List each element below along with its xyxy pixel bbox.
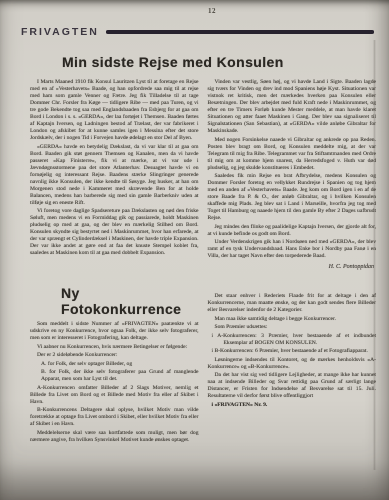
article2-title: Ny Fotokonkurrence [61,285,199,317]
paragraph: Med nogen Forsinkelse naaede vi Gibralta… [208,137,377,172]
article2-columns: Ny Fotokonkurrence Som meddelt i sidste … [30,276,376,445]
paragraph: Løsningerne indsendes til Kontoret, og d… [208,357,377,371]
article1-right-column: Vinden var vestlig, Søen høj, og vi havd… [208,79,377,271]
list-item-a: A. for Folk, der selv optager Billeder, … [41,361,199,368]
article1-left-column: I Marts Maaned 1910 fik Konsul Lauritzen… [30,79,199,271]
page-number: 12 [208,7,216,15]
paragraph: Vi foretog vore daglige Spadsereture paa… [30,208,199,257]
masthead-title: FRIVAGTEN [21,26,99,38]
paragraph: Vi aabner nu Konkurrencen, hvis nærmere … [30,344,199,351]
paragraph: Man maa ikke samtidig deltage i begge Ko… [208,316,377,323]
masthead-rule [106,30,374,34]
page-content: Min sidste Rejse med Konsulen I Marts Ma… [30,46,376,445]
paragraph: Som meddelt i sidste Nummer af «FRIVAGTE… [30,321,199,342]
article1-title: Min sidste Rejse med Konsulen [62,54,376,70]
paragraph: A-Konkurrencen omfatter Billeder af 2 Sl… [30,385,199,406]
masthead: FRIVAGTEN [21,26,374,38]
list-item-b: B. for Folk, der ikke selv fotograferer … [41,369,199,383]
author-signature: H. C. Pontoppidan [208,264,375,271]
paragraph: Jeg mindes den flinke og paalidelige Kap… [208,224,377,238]
article2-left-column: Ny Fotokonkurrence Som meddelt i sidste … [30,276,199,445]
article2-right-column: Det staar enhver i Rederiets Flaade frit… [208,276,377,445]
article-min-sidste-rejse: Min sidste Rejse med Konsulen I Marts Ma… [30,54,376,271]
article-ny-fotokonkurrence: Ny Fotokonkurrence Som meddelt i sidste … [30,276,376,445]
paragraph: B-Konkurrencens Deltagere skal oplyse, h… [30,407,199,428]
article1-columns: I Marts Maaned 1910 fik Konsul Lauritzen… [30,79,376,271]
paragraph: Da det har vist sig ved tidligere Lejlig… [208,372,377,400]
paragraph: I Marts Maaned 1910 fik Konsul Lauritzen… [30,79,199,142]
paragraph: Vinden var vestlig, Søen høj, og vi havd… [208,79,377,135]
paragraph: Som Præmier udsættes: [208,324,377,331]
paragraph: «GERDA» havde en betydelig Dækslast, da … [30,144,199,207]
prize-item-b: i B-Konkurrencen: 6 Præmier, hver bestaa… [208,348,377,355]
paragraph: Det staar enhver i Rederiets Flaade frit… [208,293,377,314]
paragraph: Under Verdenskrigen gik han i Nordsøen n… [208,239,377,260]
paragraph: Der er 2 sideløbende Konkurrencer: [30,352,199,359]
paragraph: Meddelelserne skal være saa kortfattede … [30,430,199,444]
issue-reference-line: i «FRIVAGTEN» Nr. 9. [208,402,377,409]
paragraph: Saaledes fik min Rejse en brat Afbrydels… [208,173,377,222]
scanned-page: 12 FRIVAGTEN Min sidste Rejse med Konsul… [0,0,389,500]
prize-item-a: i A-Konkurrencen: 3 Præmier, hver bestaa… [208,333,377,347]
